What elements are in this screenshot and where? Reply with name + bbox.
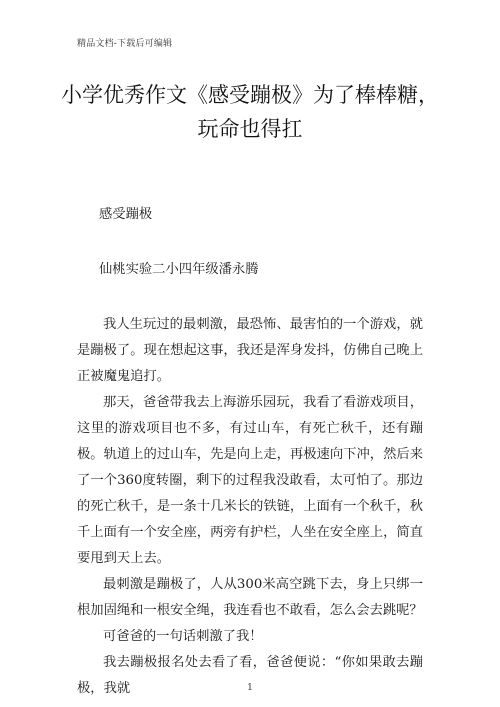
author-line: 仙桃实验二小四年级潘永腾 — [99, 257, 259, 283]
paragraph: 那天，爸爸带我去上海游乐园玩，我看了看游戏项目，这里的游戏项目也不多，有过山车，… — [77, 390, 423, 572]
document-title: 小学优秀作文《感受蹦极》为了棒棒糖， 玩命也得扛 — [60, 78, 440, 146]
title-line-1: 小学优秀作文《感受蹦极》为了棒棒糖， — [60, 78, 440, 112]
page-number: 1 — [0, 683, 500, 693]
paragraph: 我去蹦极报名处去看了看，爸爸便说：“你如果敢去蹦极，我就 — [77, 650, 423, 702]
paragraph: 我人生玩过的最刺激，最恐怖、最害怕的一个游戏，就是蹦极了。现在想起这事，我还是浑… — [77, 312, 423, 390]
essay-body: 我人生玩过的最刺激，最恐怖、最害怕的一个游戏，就是蹦极了。现在想起这事，我还是浑… — [77, 312, 423, 702]
title-line-2: 玩命也得扛 — [60, 112, 440, 146]
paragraph: 可爸爸的一句话刺激了我！ — [77, 624, 423, 650]
paragraph: 最刺激是蹦极了，人从300米高空跳下去，身上只绑一根加固绳和一根安全绳，我连看也… — [77, 572, 423, 624]
page-header: 精品文档-下载后可编辑 — [77, 36, 172, 49]
essay-subheading: 感受蹦极 — [99, 202, 152, 228]
